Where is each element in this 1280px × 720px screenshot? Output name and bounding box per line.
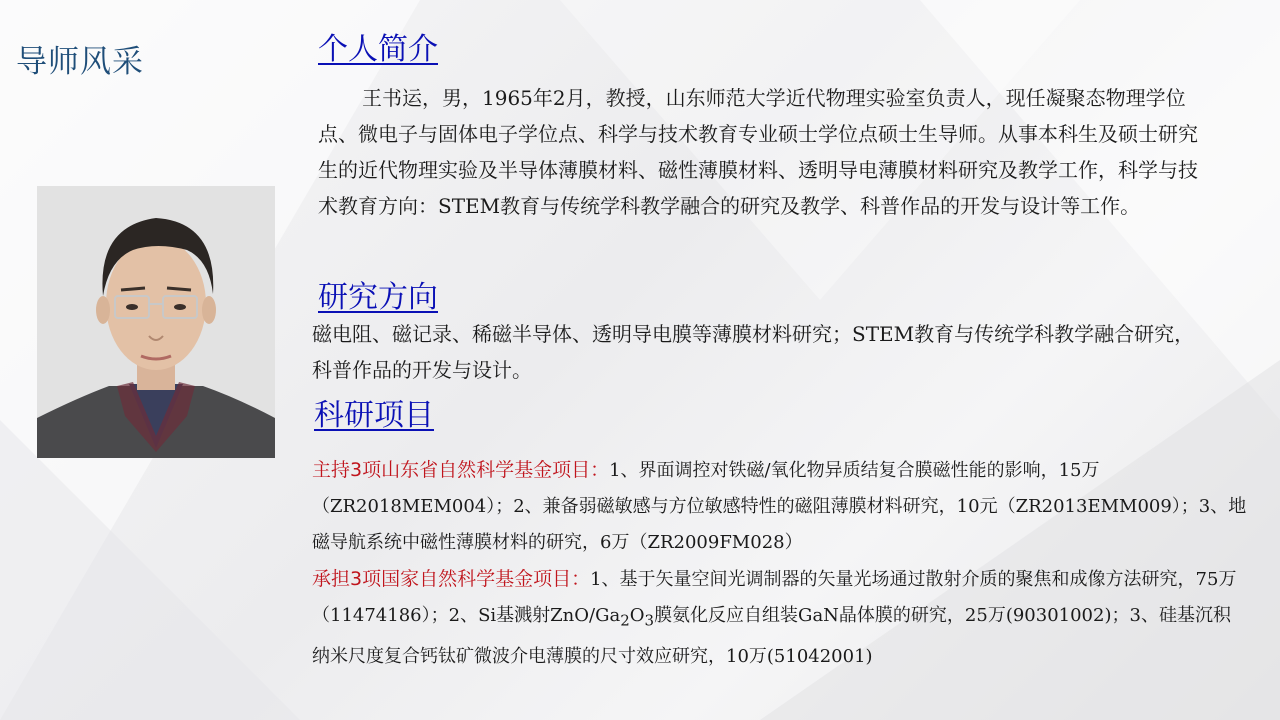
research-heading: 研究方向 [318, 272, 438, 316]
national-projects: 承担3项国家自然科学基金项目：1、基于矢量空间光调制器的矢量光场通过散射介质的聚… [312, 561, 1247, 675]
projects-text: 主持3项山东省自然科学基金项目：1、界面调控对铁磁/氧化物异质结复合膜磁性能的影… [312, 452, 1247, 675]
intro-heading: 个人简介 [318, 24, 438, 68]
advisor-photo [37, 186, 275, 458]
projects-heading: 科研项目 [314, 390, 434, 434]
provincial-projects: 主持3项山东省自然科学基金项目：1、界面调控对铁磁/氧化物异质结复合膜磁性能的影… [312, 452, 1247, 561]
slide-title: 导师风采 [16, 36, 144, 81]
research-text: 磁电阻、磁记录、稀磁半导体、透明导电膜等薄膜材料研究；STEM教育与传统学科教学… [312, 316, 1212, 388]
provincial-projects-label: 主持3项山东省自然科学基金项目： [312, 459, 609, 481]
national-projects-text-b: O [630, 605, 645, 626]
intro-text: 王书运，男，1965年2月，教授，山东师范大学近代物理实验室负责人，现任凝聚态物… [318, 80, 1208, 224]
portrait-illustration [37, 186, 275, 458]
national-projects-label: 承担3项国家自然科学基金项目： [312, 568, 590, 590]
subscript: 3 [645, 612, 655, 630]
subscript: 2 [620, 612, 630, 630]
background-facet [0, 420, 300, 720]
